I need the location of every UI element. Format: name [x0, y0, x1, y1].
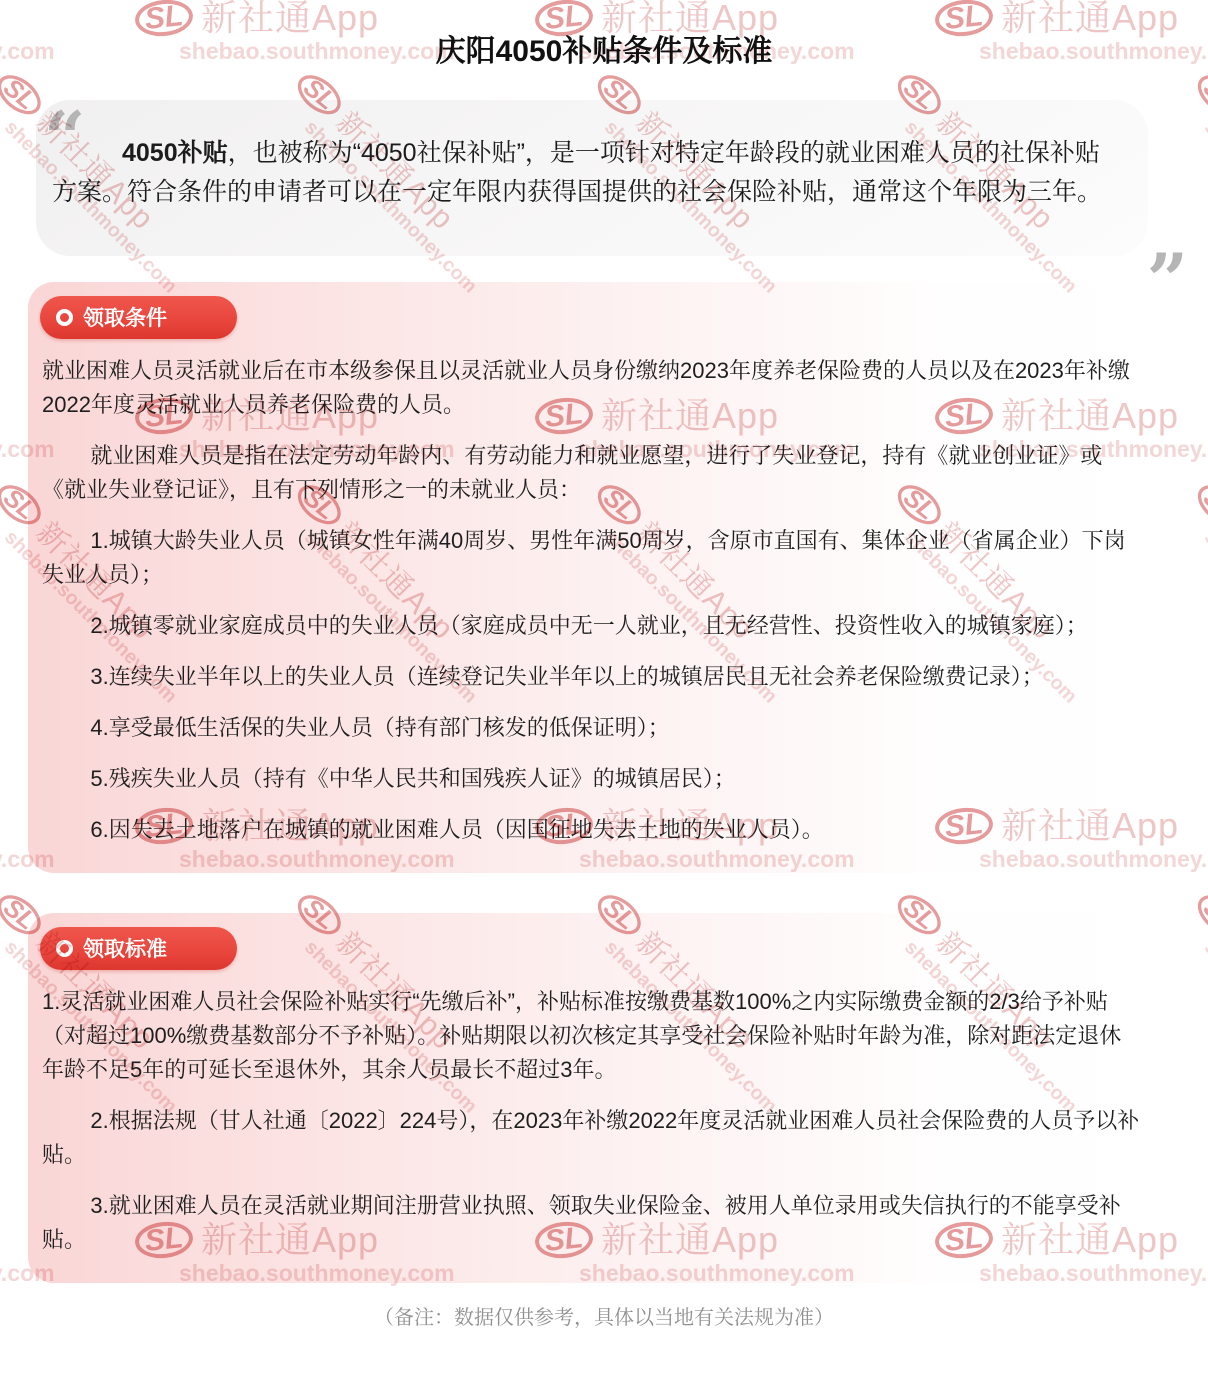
section-panel-1: 领取条件就业困难人员灵活就业后在市本级参保且以灵活就业人员身份缴纳2023年度养…	[28, 282, 1180, 873]
section-paragraph: 6.因失去土地落户在城镇的就业困难人员（因国征地失去土地的失业人员）。	[42, 813, 1140, 847]
section-paragraph: 就业困难人员是指在法定劳动年龄内、有劳动能力和就业愿望，进行了失业登记，持有《就…	[42, 439, 1140, 507]
page: SL新社通Appshebao.southmoney.comSL新社通Appshe…	[0, 0, 1208, 1378]
section-paragraph: 1.灵活就业困难人员社会保险补贴实行“先缴后补”，补贴标准按缴费基数100%之内…	[42, 985, 1140, 1087]
open-quote-icon: “	[44, 102, 85, 142]
section-paragraph: 5.残疾失业人员（持有《中华人民共和国残疾人证》的城镇居民）；	[42, 762, 1140, 796]
intro-text: 4050补贴，也被称为“4050社保补贴”，是一项针对特定年龄段的就业困难人员的…	[52, 134, 1104, 212]
section-paragraph: 2.城镇零就业家庭成员中的失业人员（家庭成员中无一人就业，且无经营性、投资性收入…	[42, 609, 1140, 643]
section-paragraph: 4.享受最低生活保的失业人员（持有部门核发的低保证明）；	[42, 711, 1140, 745]
section-paragraph: 3.就业困难人员在灵活就业期间注册营业执照、领取失业保险金、被用人单位录用或失信…	[42, 1189, 1140, 1257]
section-badge: 领取条件	[40, 296, 237, 339]
brand-logo-icon: SL	[1191, 67, 1208, 122]
section-badge-label: 领取条件	[83, 302, 167, 332]
sections-container: 领取条件就业困难人员灵活就业后在市本级参保且以灵活就业人员身份缴纳2023年度养…	[0, 282, 1208, 1283]
intro-quote-panel: “ 4050补贴，也被称为“4050社保补贴”，是一项针对特定年龄段的就业困难人…	[36, 100, 1148, 256]
circle-ring-icon	[56, 309, 73, 326]
section-paragraph: 就业困难人员灵活就业后在市本级参保且以灵活就业人员身份缴纳2023年度养老保险费…	[42, 354, 1140, 422]
footer-note: （备注：数据仅供参考，具体以当地有关法规为准）	[0, 1301, 1208, 1330]
section-panel-2: 领取标准1.灵活就业困难人员社会保险补贴实行“先缴后补”，补贴标准按缴费基数10…	[28, 913, 1180, 1283]
section-paragraph: 2.根据法规（甘人社通〔2022〕224号），在2023年补缴2022年度灵活就…	[42, 1104, 1140, 1172]
watermark-domain: shebao.southmoney.com	[1201, 117, 1208, 296]
section-paragraph: 3.连续失业半年以上的失业人员（连续登记失业半年以上的城镇居民且无社会养老保险缴…	[42, 660, 1140, 694]
intro-lead: 4050补贴	[122, 139, 228, 167]
circle-ring-icon	[56, 940, 73, 957]
page-title: 庆阳4050补贴条件及标准	[0, 0, 1208, 70]
section-paragraph: 1.城镇大龄失业人员（城镇女性年满40周岁、男性年满50周岁，含原市直国有、集体…	[42, 524, 1140, 592]
section-badge-label: 领取标准	[83, 933, 167, 963]
close-quote-icon: ”	[1147, 244, 1188, 284]
section-badge: 领取标准	[40, 927, 237, 970]
